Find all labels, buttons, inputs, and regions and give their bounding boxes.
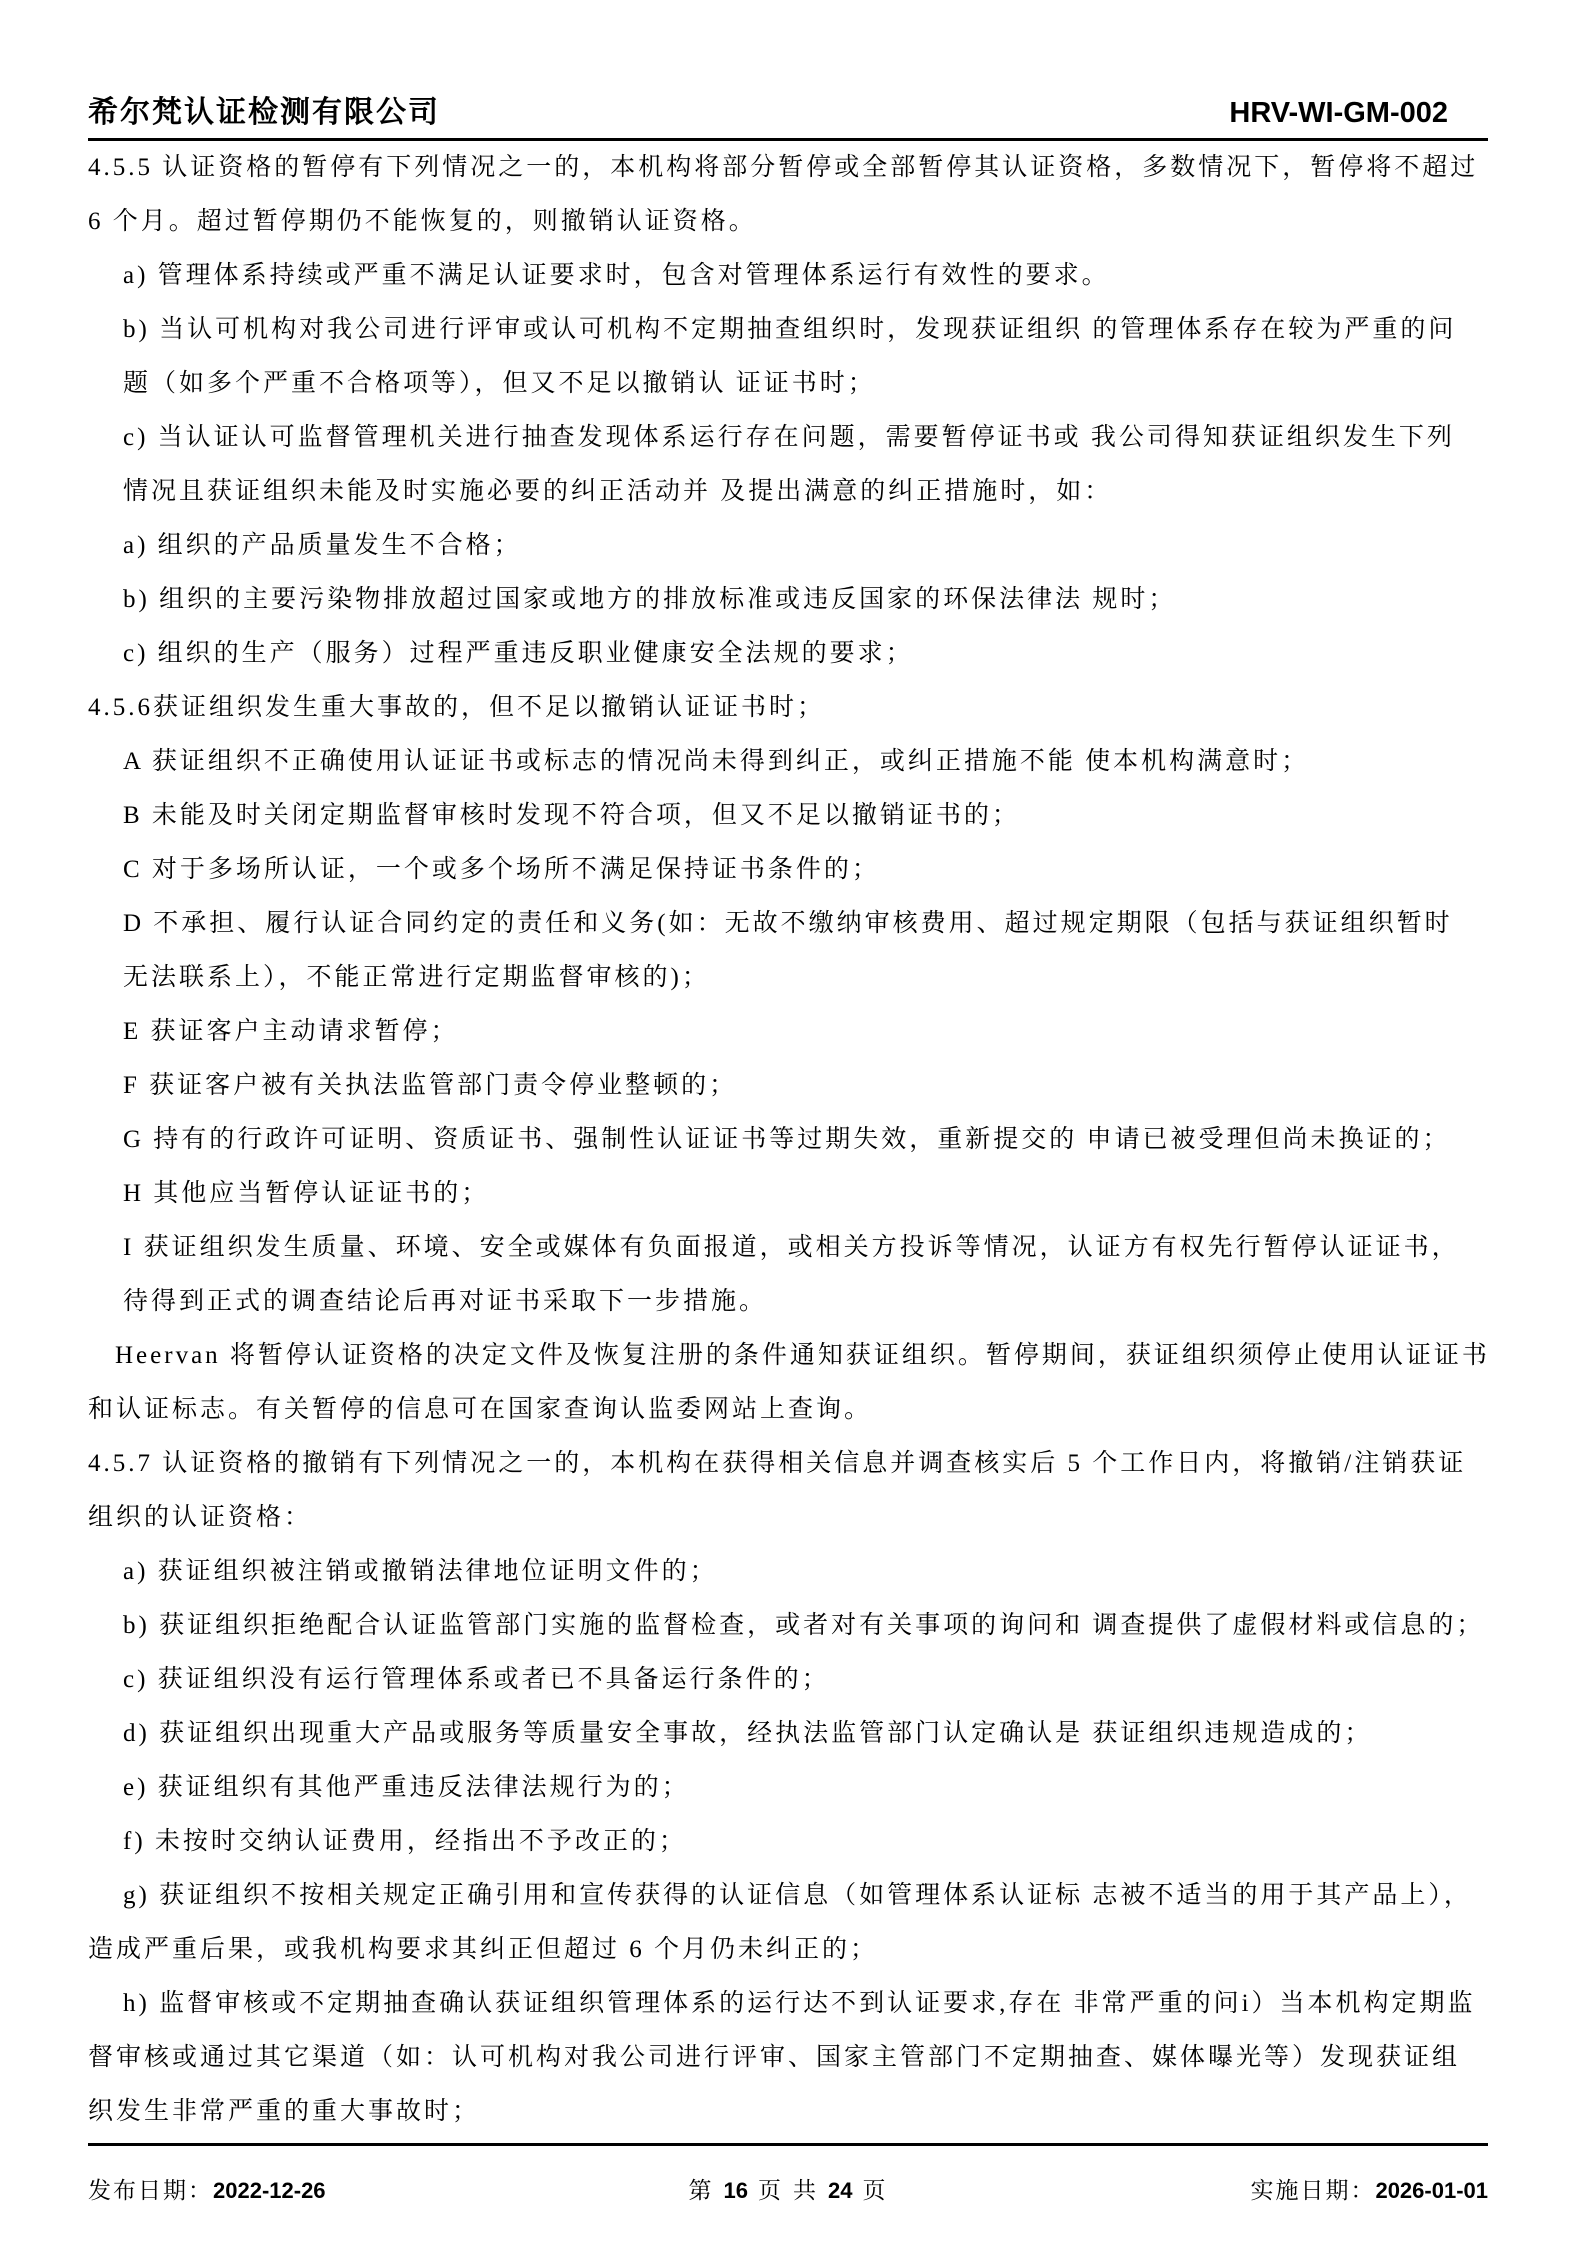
body-line: c) 获证组织没有运行管理体系或者已不具备运行条件的；	[88, 1653, 1493, 1707]
body-line: 织发生非常严重的重大事故时；	[88, 2085, 1493, 2139]
body-line: d) 获证组织出现重大产品或服务等质量安全事故，经执法监管部门认定确认是 获证组…	[88, 1707, 1493, 1761]
body-line: 题（如多个严重不合格项等），但又不足以撤销认 证证书时；	[88, 357, 1493, 411]
release-date-value: 2022-12-26	[213, 2178, 326, 2203]
body-line: 督审核或通过其它渠道（如：认可机构对我公司进行评审、国家主管部门不定期抽查、媒体…	[88, 2031, 1493, 2085]
body-line: a) 管理体系持续或严重不满足认证要求时，包含对管理体系运行有效性的要求。	[88, 249, 1493, 303]
body-line: I 获证组织发生质量、环境、安全或媒体有负面报道，或相关方投诉等情况，认证方有权…	[88, 1221, 1493, 1275]
document-header: 希尔梵认证检测有限公司 HRV-WI-GM-002	[88, 88, 1488, 141]
body-line: 和认证标志。有关暂停的信息可在国家查询认监委网站上查询。	[88, 1383, 1493, 1437]
body-line: c) 组织的生产（服务）过程严重违反职业健康安全法规的要求；	[88, 627, 1493, 681]
body-line: D 不承担、履行认证合同约定的责任和义务(如：无故不缴纳审核费用、超过规定期限（…	[88, 897, 1493, 951]
document-footer: 发布日期：2022-12-26 第16页共24页 实施日期：2026-01-01	[88, 2143, 1488, 2205]
body-line: g) 获证组织不按相关规定正确引用和宣传获得的认证信息（如管理体系认证标 志被不…	[88, 1869, 1493, 1923]
implementation-date-label: 实施日期：	[1250, 2178, 1375, 2203]
body-line: H 其他应当暂停认证证书的；	[88, 1167, 1493, 1221]
page-total: 24	[828, 2178, 852, 2203]
body-line: 无法联系上），不能正常进行定期监督审核的)；	[88, 951, 1493, 1005]
body-line: 造成严重后果，或我机构要求其纠正但超过 6 个月仍未纠正的；	[88, 1923, 1493, 1977]
body-line: 6 个月。超过暂停期仍不能恢复的，则撤销认证资格。	[88, 195, 1493, 249]
page-indicator: 第16页共24页	[684, 2172, 893, 2205]
body-line: f) 未按时交纳认证费用，经指出不予改正的；	[88, 1815, 1493, 1869]
release-date-label: 发布日期：	[88, 2178, 213, 2203]
document-body: 4.5.5 认证资格的暂停有下列情况之一的，本机构将部分暂停或全部暂停其认证资格…	[88, 141, 1493, 2139]
page-indicator-mid1: 页	[758, 2178, 783, 2203]
release-date: 发布日期：2022-12-26	[88, 2172, 326, 2205]
page-current: 16	[724, 2178, 748, 2203]
page-indicator-prefix: 第	[689, 2178, 714, 2203]
body-line: a) 组织的产品质量发生不合格；	[88, 519, 1493, 573]
implementation-date: 实施日期：2026-01-01	[1250, 2172, 1488, 2205]
body-line: 4.5.6获证组织发生重大事故的，但不足以撤销认证证书时；	[88, 681, 1493, 735]
body-line: G 持有的行政许可证明、资质证书、强制性认证证书等过期失效，重新提交的 申请已被…	[88, 1113, 1493, 1167]
body-line: 情况且获证组织未能及时实施必要的纠正活动并 及提出满意的纠正措施时，如：	[88, 465, 1493, 519]
body-line: 4.5.7 认证资格的撤销有下列情况之一的，本机构在获得相关信息并调查核实后 5…	[88, 1437, 1493, 1491]
body-line: 组织的认证资格：	[88, 1491, 1493, 1545]
company-name: 希尔梵认证检测有限公司	[88, 88, 440, 138]
body-line: B 未能及时关闭定期监督审核时发现不符合项，但又不足以撤销证书的；	[88, 789, 1493, 843]
body-line: 4.5.5 认证资格的暂停有下列情况之一的，本机构将部分暂停或全部暂停其认证资格…	[88, 141, 1493, 195]
body-line: A 获证组织不正确使用认证证书或标志的情况尚未得到纠正，或纠正措施不能 使本机构…	[88, 735, 1493, 789]
body-line: a) 获证组织被注销或撤销法律地位证明文件的；	[88, 1545, 1493, 1599]
body-line: b) 当认可机构对我公司进行评审或认可机构不定期抽查组织时，发现获证组织 的管理…	[88, 303, 1493, 357]
page-indicator-suffix: 页	[862, 2178, 887, 2203]
body-line: c) 当认证认可监督管理机关进行抽查发现体系运行存在问题，需要暂停证书或 我公司…	[88, 411, 1493, 465]
body-line: b) 获证组织拒绝配合认证监管部门实施的监督检查，或者对有关事项的询问和 调查提…	[88, 1599, 1493, 1653]
body-line: F 获证客户被有关执法监管部门责令停业整顿的；	[88, 1059, 1493, 1113]
page-indicator-mid2: 共	[793, 2178, 818, 2203]
document-number: HRV-WI-GM-002	[1229, 88, 1488, 138]
body-line: b) 组织的主要污染物排放超过国家或地方的排放标准或违反国家的环保法律法 规时；	[88, 573, 1493, 627]
body-line: Heervan 将暂停认证资格的决定文件及恢复注册的条件通知获证组织。暂停期间，…	[88, 1329, 1493, 1383]
body-line: E 获证客户主动请求暂停；	[88, 1005, 1493, 1059]
body-line: 待得到正式的调查结论后再对证书采取下一步措施。	[88, 1275, 1493, 1329]
body-line: e) 获证组织有其他严重违反法律法规行为的；	[88, 1761, 1493, 1815]
implementation-date-value: 2026-01-01	[1375, 2178, 1488, 2203]
body-line: C 对于多场所认证，一个或多个场所不满足保持证书条件的；	[88, 843, 1493, 897]
body-line: h) 监督审核或不定期抽查确认获证组织管理体系的运行达不到认证要求,存在 非常严…	[88, 1977, 1493, 2031]
